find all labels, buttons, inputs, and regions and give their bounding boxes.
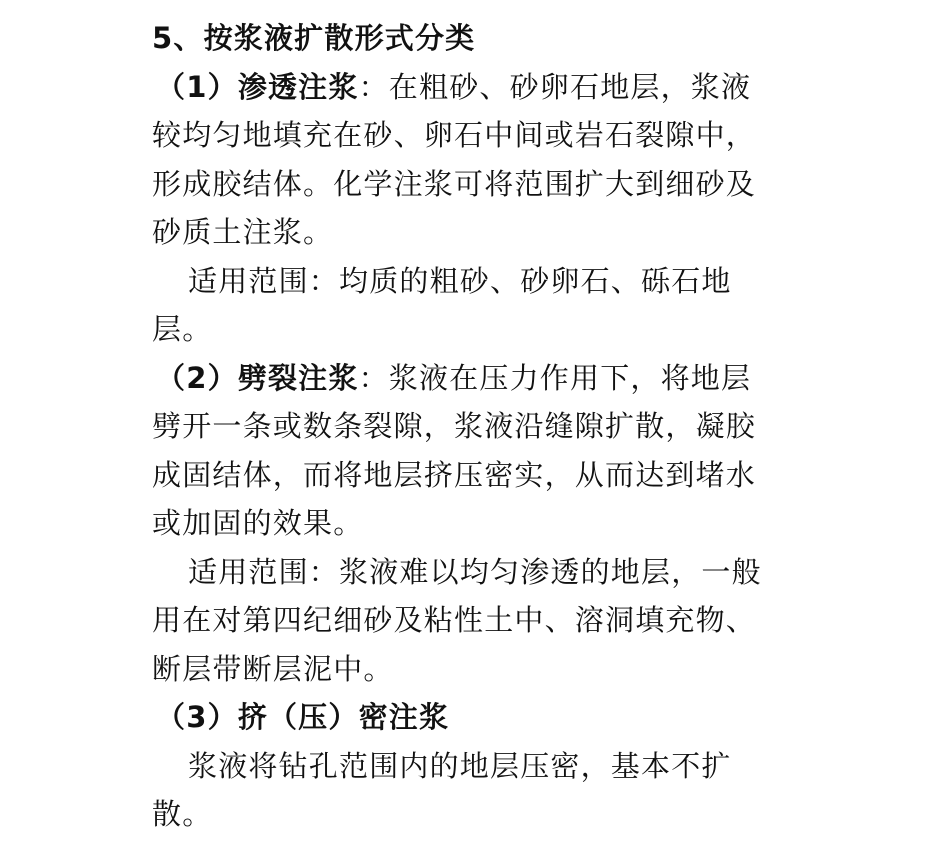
item-2-scope: 适用范围：浆液难以均匀渗透的地层，一般 [152, 548, 772, 597]
item-2-heading: （2）劈裂注浆 [156, 361, 359, 395]
document-page: 5、按浆液扩散形式分类 （1）渗透注浆：在粗砂、砂卵石地层，浆液 较均匀地填充在… [152, 14, 772, 839]
item-2-first-line: （2）劈裂注浆：浆液在压力作用下，将地层 [152, 354, 772, 403]
item-1-line: 形成胶结体。化学注浆可将范围扩大到细砂及 [152, 160, 772, 209]
item-3-line: 浆液将钻孔范围内的地层压密，基本不扩 [152, 742, 772, 791]
item-1-scope: 层。 [152, 305, 772, 354]
item-2-line: 或加固的效果。 [152, 499, 772, 548]
item-1-heading: （1）渗透注浆 [156, 70, 359, 104]
item-2-text: 浆液在压力作用下，将地层 [389, 361, 751, 395]
section-title: 5、按浆液扩散形式分类 [152, 14, 772, 63]
item-2-scope: 用在对第四纪细砂及粘性土中、溶洞填充物、 [152, 596, 772, 645]
item-1-first-line: （1）渗透注浆：在粗砂、砂卵石地层，浆液 [152, 63, 772, 112]
item-1-text: 在粗砂、砂卵石地层，浆液 [389, 70, 751, 104]
item-1-line: 较均匀地填充在砂、卵石中间或岩石裂隙中， [152, 111, 772, 160]
item-2-scope: 断层带断层泥中。 [152, 645, 772, 694]
item-3-line: 散。 [152, 790, 772, 839]
item-2-line: 劈开一条或数条裂隙，浆液沿缝隙扩散，凝胶 [152, 402, 772, 451]
item-2-sep: ： [359, 361, 389, 395]
item-1-scope: 适用范围：均质的粗砂、砂卵石、砾石地 [152, 257, 772, 306]
item-1-sep: ： [359, 70, 389, 104]
item-3-heading: （3）挤（压）密注浆 [152, 693, 772, 742]
item-2-line: 成固结体，而将地层挤压密实，从而达到堵水 [152, 451, 772, 500]
item-1-line: 砂质土注浆。 [152, 208, 772, 257]
